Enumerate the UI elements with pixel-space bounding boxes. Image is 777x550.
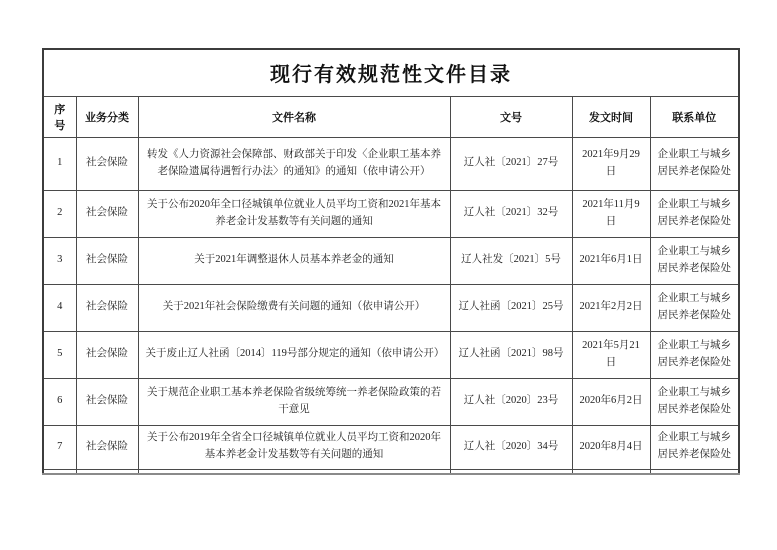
document-page: 现行有效规范性文件目录 序号 业务分类 文件名称 文号 发文时间 联系单位 1 … [0,0,777,550]
table-row: 4 社会保险 关于2021年社会保险缴费有关问题的通知（依申请公开） 辽人社函〔… [43,284,739,331]
cell-doc-number: 辽人社〔2020〕23号 [450,378,572,425]
cell-doc-number: 辽人社发〔2021〕5号 [450,237,572,284]
page-title: 现行有效规范性文件目录 [43,49,739,96]
col-header-doc-name: 文件名称 [138,96,450,137]
cell-category: 社会保险 [76,190,138,237]
cell-category: 社会保险 [76,237,138,284]
table-row: 1 社会保险 转发《人力资源社会保障部、财政部关于印发〈企业职工基本养老保险遗属… [43,137,739,190]
cell-contact-unit: 企业职工与城乡居民养老保险处 [650,137,739,190]
table-row: 2 社会保险 关于公布2020年全口径城镇单位就业人员平均工资和2021年基本养… [43,190,739,237]
col-header-category: 业务分类 [76,96,138,137]
cell-doc-number: 辽人社函〔2021〕98号 [450,331,572,378]
col-header-doc-number: 文号 [450,96,572,137]
table-header-row: 序号 业务分类 文件名称 文号 发文时间 联系单位 [43,96,739,137]
cell-seq-number: 1 [43,137,76,190]
cell-category: 社会保险 [76,378,138,425]
cut-off-cell [138,469,450,474]
effective-documents-table: 现行有效规范性文件目录 序号 业务分类 文件名称 文号 发文时间 联系单位 1 … [42,48,740,475]
cell-contact-unit: 企业职工与城乡居民养老保险处 [650,190,739,237]
table-row: 7 社会保险 关于公布2019年全省全口径城镇单位就业人员平均工资和2020年基… [43,425,739,469]
cut-off-cell [450,469,572,474]
cell-doc-name: 关于废止辽人社函〔2014〕119号部分规定的通知（依申请公开） [138,331,450,378]
cell-doc-name: 关于规范企业职工基本养老保险省级统筹统一养老保险政策的若干意见 [138,378,450,425]
cell-doc-name: 关于2021年调整退休人员基本养老金的通知 [138,237,450,284]
cell-issue-date: 2021年9月29日 [572,137,650,190]
cut-off-cell [572,469,650,474]
table-row: 3 社会保险 关于2021年调整退休人员基本养老金的通知 辽人社发〔2021〕5… [43,237,739,284]
cell-issue-date: 2021年5月21日 [572,331,650,378]
col-header-issue-date: 发文时间 [572,96,650,137]
cell-doc-name: 转发《人力资源社会保障部、财政部关于印发〈企业职工基本养老保险遗属待遇暂行办法〉… [138,137,450,190]
cut-off-cell [76,469,138,474]
cell-doc-number: 辽人社〔2021〕27号 [450,137,572,190]
cell-doc-number: 辽人社〔2020〕34号 [450,425,572,469]
cell-seq-number: 6 [43,378,76,425]
cell-contact-unit: 企业职工与城乡居民养老保险处 [650,425,739,469]
cell-category: 社会保险 [76,331,138,378]
cell-doc-number: 辽人社函〔2021〕25号 [450,284,572,331]
cell-seq-number: 2 [43,190,76,237]
cell-seq-number: 3 [43,237,76,284]
cell-doc-name: 关于公布2020年全口径城镇单位就业人员平均工资和2021年基本养老金计发基数等… [138,190,450,237]
cell-contact-unit: 企业职工与城乡居民养老保险处 [650,284,739,331]
cell-doc-number: 辽人社〔2021〕32号 [450,190,572,237]
cell-seq-number: 7 [43,425,76,469]
cell-contact-unit: 企业职工与城乡居民养老保险处 [650,237,739,284]
cell-issue-date: 2020年6月2日 [572,378,650,425]
cell-contact-unit: 企业职工与城乡居民养老保险处 [650,378,739,425]
table-row: 6 社会保险 关于规范企业职工基本养老保险省级统筹统一养老保险政策的若干意见 辽… [43,378,739,425]
cell-issue-date: 2021年11月9日 [572,190,650,237]
cut-off-cell [650,469,739,474]
cell-category: 社会保险 [76,284,138,331]
table-row: 5 社会保险 关于废止辽人社函〔2014〕119号部分规定的通知（依申请公开） … [43,331,739,378]
cell-issue-date: 2021年2月2日 [572,284,650,331]
cell-contact-unit: 企业职工与城乡居民养老保险处 [650,331,739,378]
cell-seq-number: 5 [43,331,76,378]
cell-category: 社会保险 [76,137,138,190]
col-header-contact-unit: 联系单位 [650,96,739,137]
cell-category: 社会保险 [76,425,138,469]
cut-off-next-row-sliver [43,469,739,474]
cell-issue-date: 2021年6月1日 [572,237,650,284]
table-title-row: 现行有效规范性文件目录 [43,49,739,96]
col-header-seq: 序号 [43,96,76,137]
cell-doc-name: 关于公布2019年全省全口径城镇单位就业人员平均工资和2020年基本养老金计发基… [138,425,450,469]
cell-doc-name: 关于2021年社会保险缴费有关问题的通知（依申请公开） [138,284,450,331]
cell-issue-date: 2020年8月4日 [572,425,650,469]
cut-off-cell [43,469,76,474]
cell-seq-number: 4 [43,284,76,331]
